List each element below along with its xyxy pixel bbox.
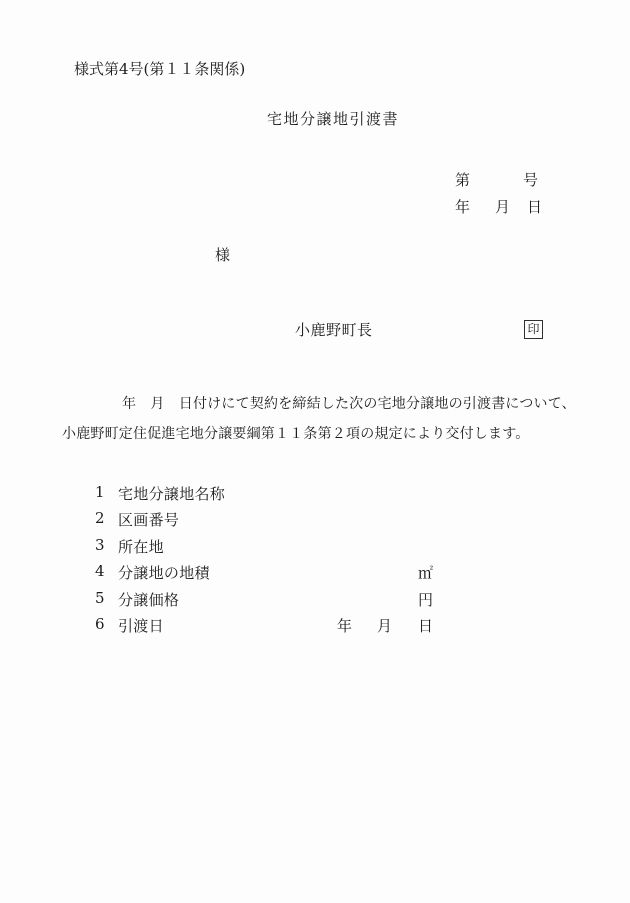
body-text-line2: 小鹿野町定住促進宅地分譲要綱第１１条第２項の規定により交付します。: [62, 426, 529, 444]
item-number: 1: [95, 483, 105, 501]
item-row-3: 3 所在地: [0, 536, 630, 556]
item-row-5: 5 分譲価格 円: [0, 589, 630, 609]
header-day-label: 日: [527, 198, 542, 217]
item-month-label: 月: [377, 615, 392, 636]
body-text-line1: 年 月 日付けにて契約を締結した次の宅地分譲地の引渡書について、: [122, 396, 576, 414]
item-number: 5: [95, 589, 105, 607]
doc-number-prefix: 第: [455, 171, 470, 190]
item-label: 分譲価格: [118, 589, 179, 610]
seal-mark: 印: [524, 320, 543, 339]
issuer-name: 小鹿野町長: [295, 321, 373, 340]
item-row-2: 2 区画番号: [0, 509, 630, 529]
document-title: 宅地分譲地引渡書: [267, 110, 399, 129]
doc-number-suffix: 号: [523, 171, 538, 190]
item-number: 4: [95, 562, 105, 580]
form-number: 様式第4号(第１１条関係): [74, 60, 245, 79]
item-label: 区画番号: [118, 509, 179, 530]
item-row-1: 1 宅地分譲地名称: [0, 483, 630, 503]
document-page: 様式第4号(第１１条関係) 宅地分譲地引渡書 第 号 年 月 日 様 小鹿野町長…: [0, 0, 630, 903]
header-year-label: 年: [455, 198, 470, 217]
item-label: 引渡日: [118, 615, 164, 636]
item-year-label: 年: [337, 615, 352, 636]
item-label: 所在地: [118, 536, 164, 557]
item-unit-sqm: ㎡: [418, 562, 433, 583]
item-label: 宅地分譲地名称: [118, 483, 225, 504]
item-label: 分譲地の地積: [118, 562, 210, 583]
item-number: 6: [95, 615, 105, 633]
item-unit-yen: 円: [418, 589, 433, 610]
recipient-honorific: 様: [215, 246, 230, 265]
item-row-4: 4 分譲地の地積 ㎡: [0, 562, 630, 582]
item-number: 3: [95, 536, 105, 554]
header-month-label: 月: [495, 198, 510, 217]
item-row-6: 6 引渡日 年 月 日: [0, 615, 630, 635]
item-day-label: 日: [418, 615, 433, 636]
item-number: 2: [95, 509, 105, 527]
